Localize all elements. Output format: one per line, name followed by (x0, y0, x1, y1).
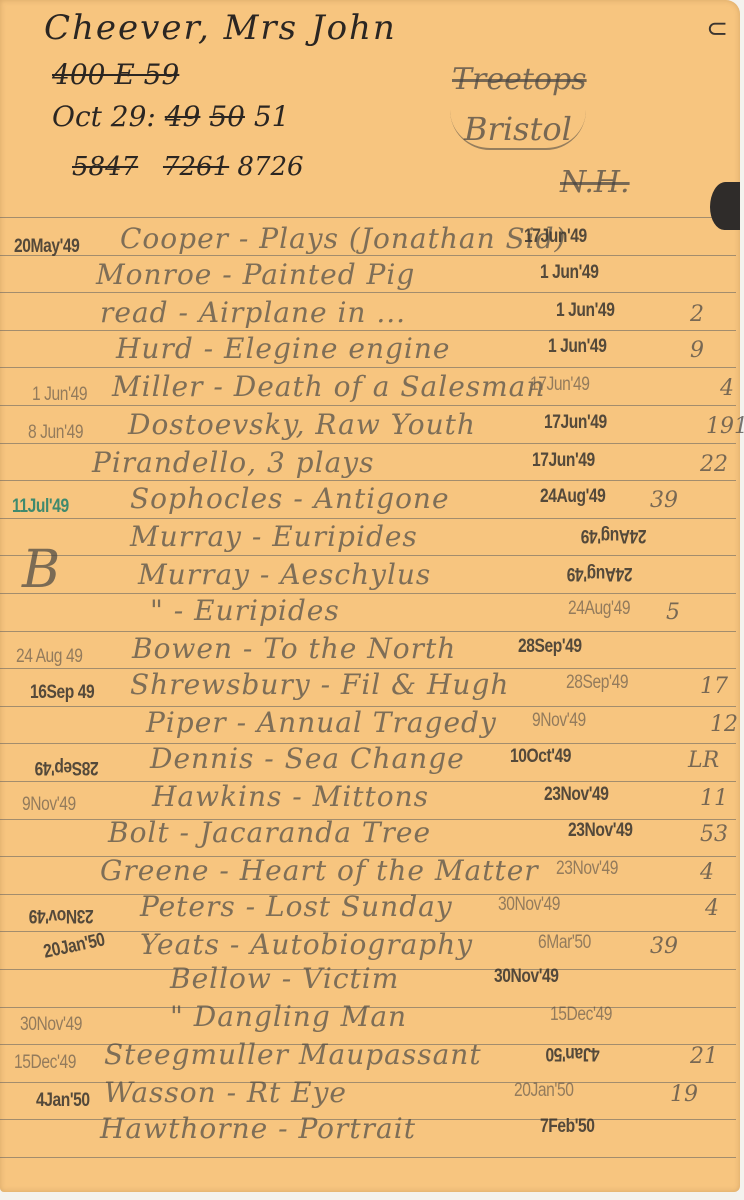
date-stamp-return: 20Jan'50 (514, 1080, 573, 1102)
book-entry: Yeats - Autobiography (140, 928, 473, 961)
date-stamp-return: 17Jun'49 (532, 450, 595, 472)
book-entry: Bolt - Jacaranda Tree (108, 816, 431, 849)
date-stamp-return: 24Aug'49 (568, 598, 630, 620)
book-entry: Miller - Death of a Salesman (112, 370, 545, 403)
book-entry: Dostoevsky, Raw Youth (128, 408, 476, 441)
margin-note: 39 (650, 488, 678, 513)
margin-note: 22 (700, 452, 728, 477)
date-stamp-return: 6Mar'50 (538, 932, 591, 954)
ruled-line (0, 292, 736, 293)
ruled-line (0, 480, 736, 481)
date-stamp-return: 10Oct'49 (510, 746, 571, 768)
date-stamp-out: 20May'49 (14, 236, 79, 258)
margin-note: 21 (690, 1044, 718, 1069)
date-stamp-return: 4Jan'50 (546, 1042, 600, 1064)
date-stamp-return: 24Aug'49 (567, 562, 632, 584)
date-stamp-return: 28Sep'49 (566, 672, 628, 694)
margin-note: 5 (666, 600, 680, 625)
date-stamp-out: 9Nov'49 (22, 794, 76, 816)
punched-hole (710, 182, 740, 230)
ruled-line (0, 518, 736, 519)
membership-number: 5847 7261 8726 (72, 152, 304, 182)
membership-date: Oct 29: 49 50 51 (52, 100, 290, 133)
date-stamp-return: 1 Jun'49 (548, 336, 606, 358)
book-entry: " - Euripides (150, 594, 340, 627)
date-stamp-return: 17Jun'49 (524, 226, 587, 248)
ruled-line (0, 330, 736, 331)
book-entry: Hawkins - Mittons (152, 780, 429, 813)
number-current: 8726 (237, 152, 303, 182)
margin-note: 19 (670, 1082, 698, 1107)
date-stamp-out: 20Jan'50 (42, 929, 107, 963)
borrower-address-struck: 400 E 59 (52, 58, 179, 91)
date-stamp-return: 24Aug'49 (581, 524, 646, 546)
book-entry: Pirandello, 3 plays (92, 446, 374, 479)
margin-note: 39 (650, 934, 678, 959)
date-stamp-return: 17Jun'49 (544, 412, 607, 434)
book-entry: Monroe - Painted Pig (96, 258, 415, 291)
date-stamp-out: 23Nov'49 (29, 904, 94, 926)
ruled-line (0, 405, 736, 406)
ruled-line (0, 217, 736, 218)
book-entry: Wasson - Rt Eye (104, 1076, 347, 1109)
book-entry: Shrewsbury - Fil & Hugh (130, 668, 509, 701)
book-entry: read - Airplane in ... (100, 296, 406, 329)
date-stamp-out: 16Sep 49 (30, 682, 94, 704)
date-stamp-out: 30Nov'49 (20, 1014, 82, 1036)
date-stamp-return: 1 Jun'49 (540, 262, 598, 284)
ruled-line (0, 593, 736, 594)
book-entry: Hurd - Elegine engine (116, 332, 450, 365)
year-current: 51 (254, 100, 290, 133)
margin-note: LR (688, 748, 719, 773)
location-line-1: Treetops (452, 62, 587, 97)
book-entry: Bellow - Victim (170, 962, 399, 995)
ruled-line (0, 555, 736, 556)
book-entry: Peters - Lost Sunday (140, 890, 453, 923)
date-stamp-return: 15Dec'49 (550, 1004, 612, 1026)
date-stamp-return: 23Nov'49 (544, 784, 609, 806)
location-line-2: Bristol (450, 110, 586, 150)
book-entry: Greene - Heart of the Matter (100, 854, 539, 887)
corner-mark: ⊂ (706, 14, 728, 44)
date-stamp-out: 11Jul'49 (12, 496, 69, 518)
date-stamp-out: 1 Jun'49 (32, 384, 87, 406)
book-entry: Bowen - To the North (132, 632, 456, 665)
ruled-line (0, 443, 736, 444)
margin-note: 9 (690, 338, 704, 363)
margin-note: 12 (710, 712, 738, 737)
year-struck-2: 50 (209, 100, 245, 133)
margin-note: 17 (700, 674, 728, 699)
location-line-3: N.H. (560, 165, 630, 200)
date-stamp-return: 7Feb'50 (540, 1116, 595, 1138)
date-stamp-out: 24 Aug 49 (16, 646, 82, 668)
ruled-line (0, 1157, 736, 1158)
year-struck-1: 49 (165, 100, 201, 133)
date-stamp-return: 17Jun'49 (530, 374, 589, 396)
book-entry: Hawthorne - Portrait (100, 1112, 416, 1145)
library-card: ⊂ Cheever, Mrs John 400 E 59 Oct 29: 49 … (0, 0, 740, 1192)
book-entry: Cooper - Plays (Jonathan Sid) (120, 222, 566, 255)
ruled-line (0, 367, 736, 368)
margin-note: 4 (720, 376, 734, 401)
date-stamp-return: 23Nov'49 (568, 820, 633, 842)
date-stamp-return: 23Nov'49 (556, 858, 618, 880)
date-stamp-return: 30Nov'49 (498, 894, 560, 916)
date-prefix: Oct 29: (52, 100, 156, 133)
margin-note: 4 (700, 860, 714, 885)
number-struck-1: 5847 (72, 152, 138, 182)
book-entry: Murray - Aeschylus (138, 558, 431, 591)
bracket-mark: B (22, 540, 60, 600)
date-stamp-out: 4Jan'50 (36, 1090, 90, 1112)
date-stamp-return: 24Aug'49 (540, 486, 605, 508)
book-entry: Piper - Annual Tragedy (146, 706, 497, 739)
book-entry: Steegmuller Maupassant (104, 1038, 482, 1071)
date-stamp-return: 9Nov'49 (532, 710, 586, 732)
book-entry: " Dangling Man (170, 1000, 407, 1033)
number-struck-2: 7261 (163, 152, 229, 182)
date-stamp-return: 28Sep'49 (518, 636, 582, 658)
margin-note: 53 (700, 822, 728, 847)
date-stamp-return: 1 Jun'49 (556, 300, 614, 322)
date-stamp-out: 15Dec'49 (14, 1052, 76, 1074)
margin-note: 2 (690, 302, 704, 327)
margin-note: 1916 (706, 414, 744, 439)
margin-note: 11 (700, 786, 728, 811)
book-entry: Murray - Euripides (130, 520, 418, 553)
date-stamp-out: 8 Jun'49 (28, 422, 83, 444)
book-entry: Dennis - Sea Change (150, 742, 465, 775)
date-stamp-return: 30Nov'49 (494, 966, 559, 988)
date-stamp-out: 28Sep'49 (35, 756, 99, 778)
borrower-name: Cheever, Mrs John (44, 8, 397, 48)
book-entry: Sophocles - Antigone (130, 482, 450, 515)
ruled-line (0, 255, 736, 256)
margin-note: 4 (705, 896, 719, 921)
